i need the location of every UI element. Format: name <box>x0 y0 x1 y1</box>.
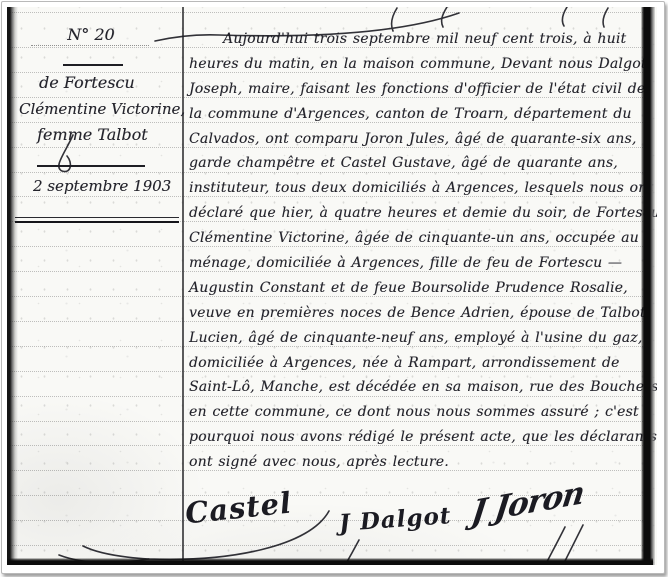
text-line: garde champêtre et Castel Gustave, âgé d… <box>189 151 657 176</box>
deceased-name-line: de Fortescu <box>39 73 135 92</box>
cutoff-ascender-stroke <box>603 8 608 27</box>
margin-closing-line <box>15 221 179 223</box>
text-line: Calvados, ont comparu Joron Jules, âgé d… <box>189 127 657 152</box>
scan-edge-bottom <box>7 558 653 565</box>
text-line: Aujourd'hui trois septembre mil neuf cen… <box>189 27 657 52</box>
cutoff-ascender-stroke <box>562 7 567 26</box>
text-line: déclaré que hier, à quatre heures et dem… <box>189 201 657 226</box>
act-number-underline <box>31 45 149 46</box>
text-line: pourquoi nous avons rédigé le présent ac… <box>189 425 657 450</box>
signature-castel: Castel <box>184 485 294 530</box>
scanned-page: N° 20 de Fortescu Clémentine Victorine, … <box>1 1 665 574</box>
text-line: instituteur, tous deux domiciliés à Arge… <box>189 176 657 201</box>
text-line: Saint-Lô, Manche, est décédée en sa mais… <box>189 375 657 400</box>
text-line: ont signé avec nous, après lecture. <box>189 450 657 475</box>
scan-area: N° 20 de Fortescu Clémentine Victorine, … <box>7 7 657 565</box>
signature-joron: J Joron <box>469 474 586 531</box>
text-line: Clémentine Victorine, âgée de cinquante-… <box>189 226 657 251</box>
text-line: Lucien, âgé de cinquante-neuf ans, emplo… <box>189 326 657 351</box>
text-line: Augustin Constant et de feue Boursolide … <box>189 276 657 301</box>
text-line: en cette commune, ce dont nous nous somm… <box>189 400 657 425</box>
act-number: N° 20 <box>35 25 147 44</box>
text-line: heures du matin, en la maison commune, D… <box>189 52 657 77</box>
act-text: Aujourd'hui trois septembre mil neuf cen… <box>189 27 657 475</box>
text-line: domiciliée à Argences, née à Rampart, ar… <box>189 351 657 376</box>
act-date: 2 septembre 1903 <box>33 177 171 195</box>
deceased-name-line: Clémentine Victorine, <box>19 100 185 118</box>
margin-separator-line <box>63 64 123 66</box>
text-line: veuve en premières noces de Bence Adrien… <box>189 301 657 326</box>
deceased-name-line: femme Talbot <box>37 125 148 144</box>
signature-dalgot: J Dalgot <box>338 502 452 537</box>
text-line: Joseph, maire, faisant les fonctions d'o… <box>189 77 657 102</box>
text-line: la commune d'Argences, canton de Troarn,… <box>189 102 657 127</box>
margin-column: N° 20 de Fortescu Clémentine Victorine, … <box>7 7 183 565</box>
cutoff-ascender-stroke <box>442 7 447 27</box>
margin-rule-line <box>37 165 145 167</box>
scan-edge-left <box>7 7 18 565</box>
scan-edge-right <box>641 7 655 565</box>
margin-closing-line <box>15 217 179 218</box>
text-line: ménage, domiciliée à Argences, fille de … <box>189 251 657 276</box>
